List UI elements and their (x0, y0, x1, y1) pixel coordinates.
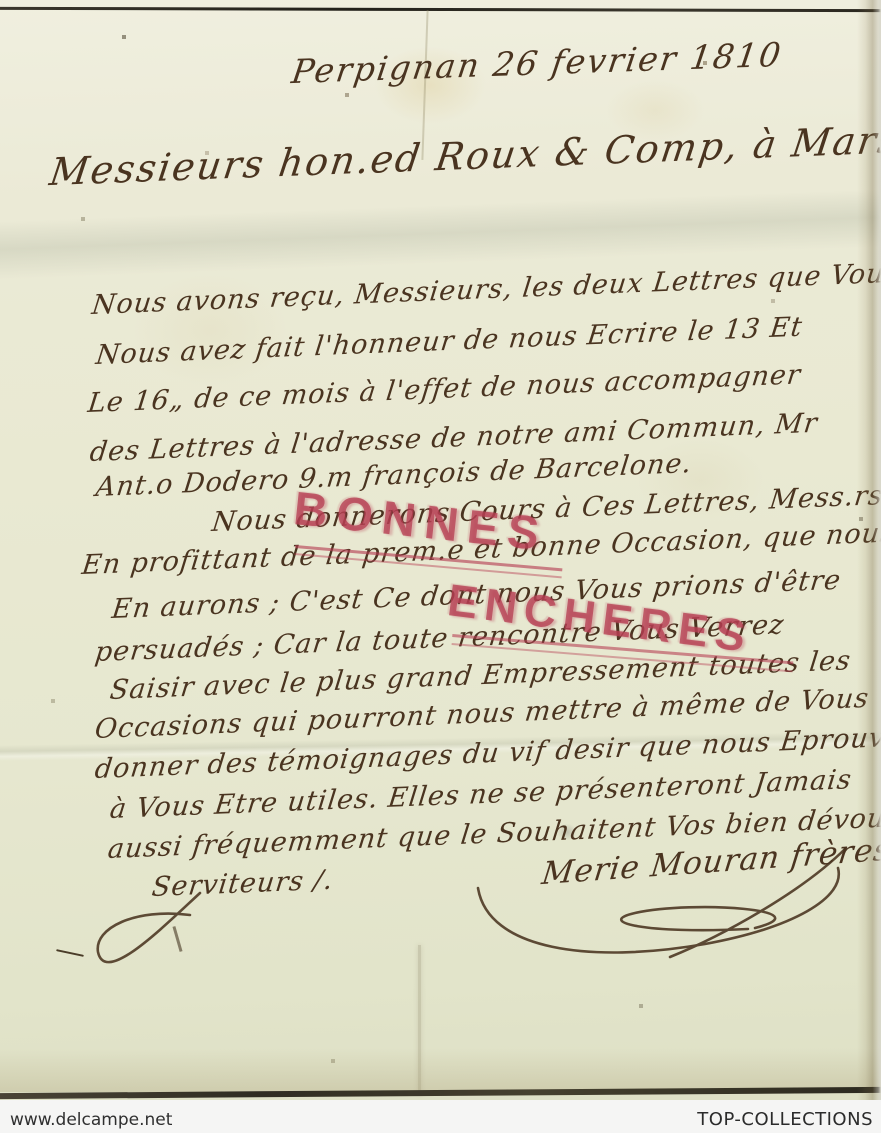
letter-paper: Perpignan 26 fevrier 1810 Messieurs hon.… (0, 0, 881, 1100)
letter-dateline: Perpignan 26 fevrier 1810 (289, 35, 785, 91)
letter-body-line: Le 16„ de ce mois à l'effet de nous acco… (86, 359, 803, 419)
scan-footer-strip: www.delcampe.net TOP-COLLECTIONS (0, 1100, 881, 1133)
paper-speckles (0, 0, 2, 2)
paper-bottom-shadow (0, 1048, 881, 1092)
letter-recipient-line: Messieurs hon.ed Roux & Comp, à Marseill… (47, 114, 881, 194)
watermark-delcampe: www.delcampe.net (10, 1110, 172, 1130)
letter-scan: Perpignan 26 fevrier 1810 Messieurs hon.… (0, 0, 881, 1133)
ink-scratch-mark-2 (172, 926, 182, 952)
letter-body-line: Nous avez fait l'honneur de nous Ecrire … (94, 312, 804, 372)
paper-top-edge (0, 7, 881, 12)
paper-right-edge (857, 0, 881, 1100)
letter-closing-line: Serviteurs /. (150, 865, 335, 903)
watermark-top-collections: TOP-COLLECTIONS (697, 1109, 873, 1130)
ink-scratch-mark (56, 949, 84, 957)
